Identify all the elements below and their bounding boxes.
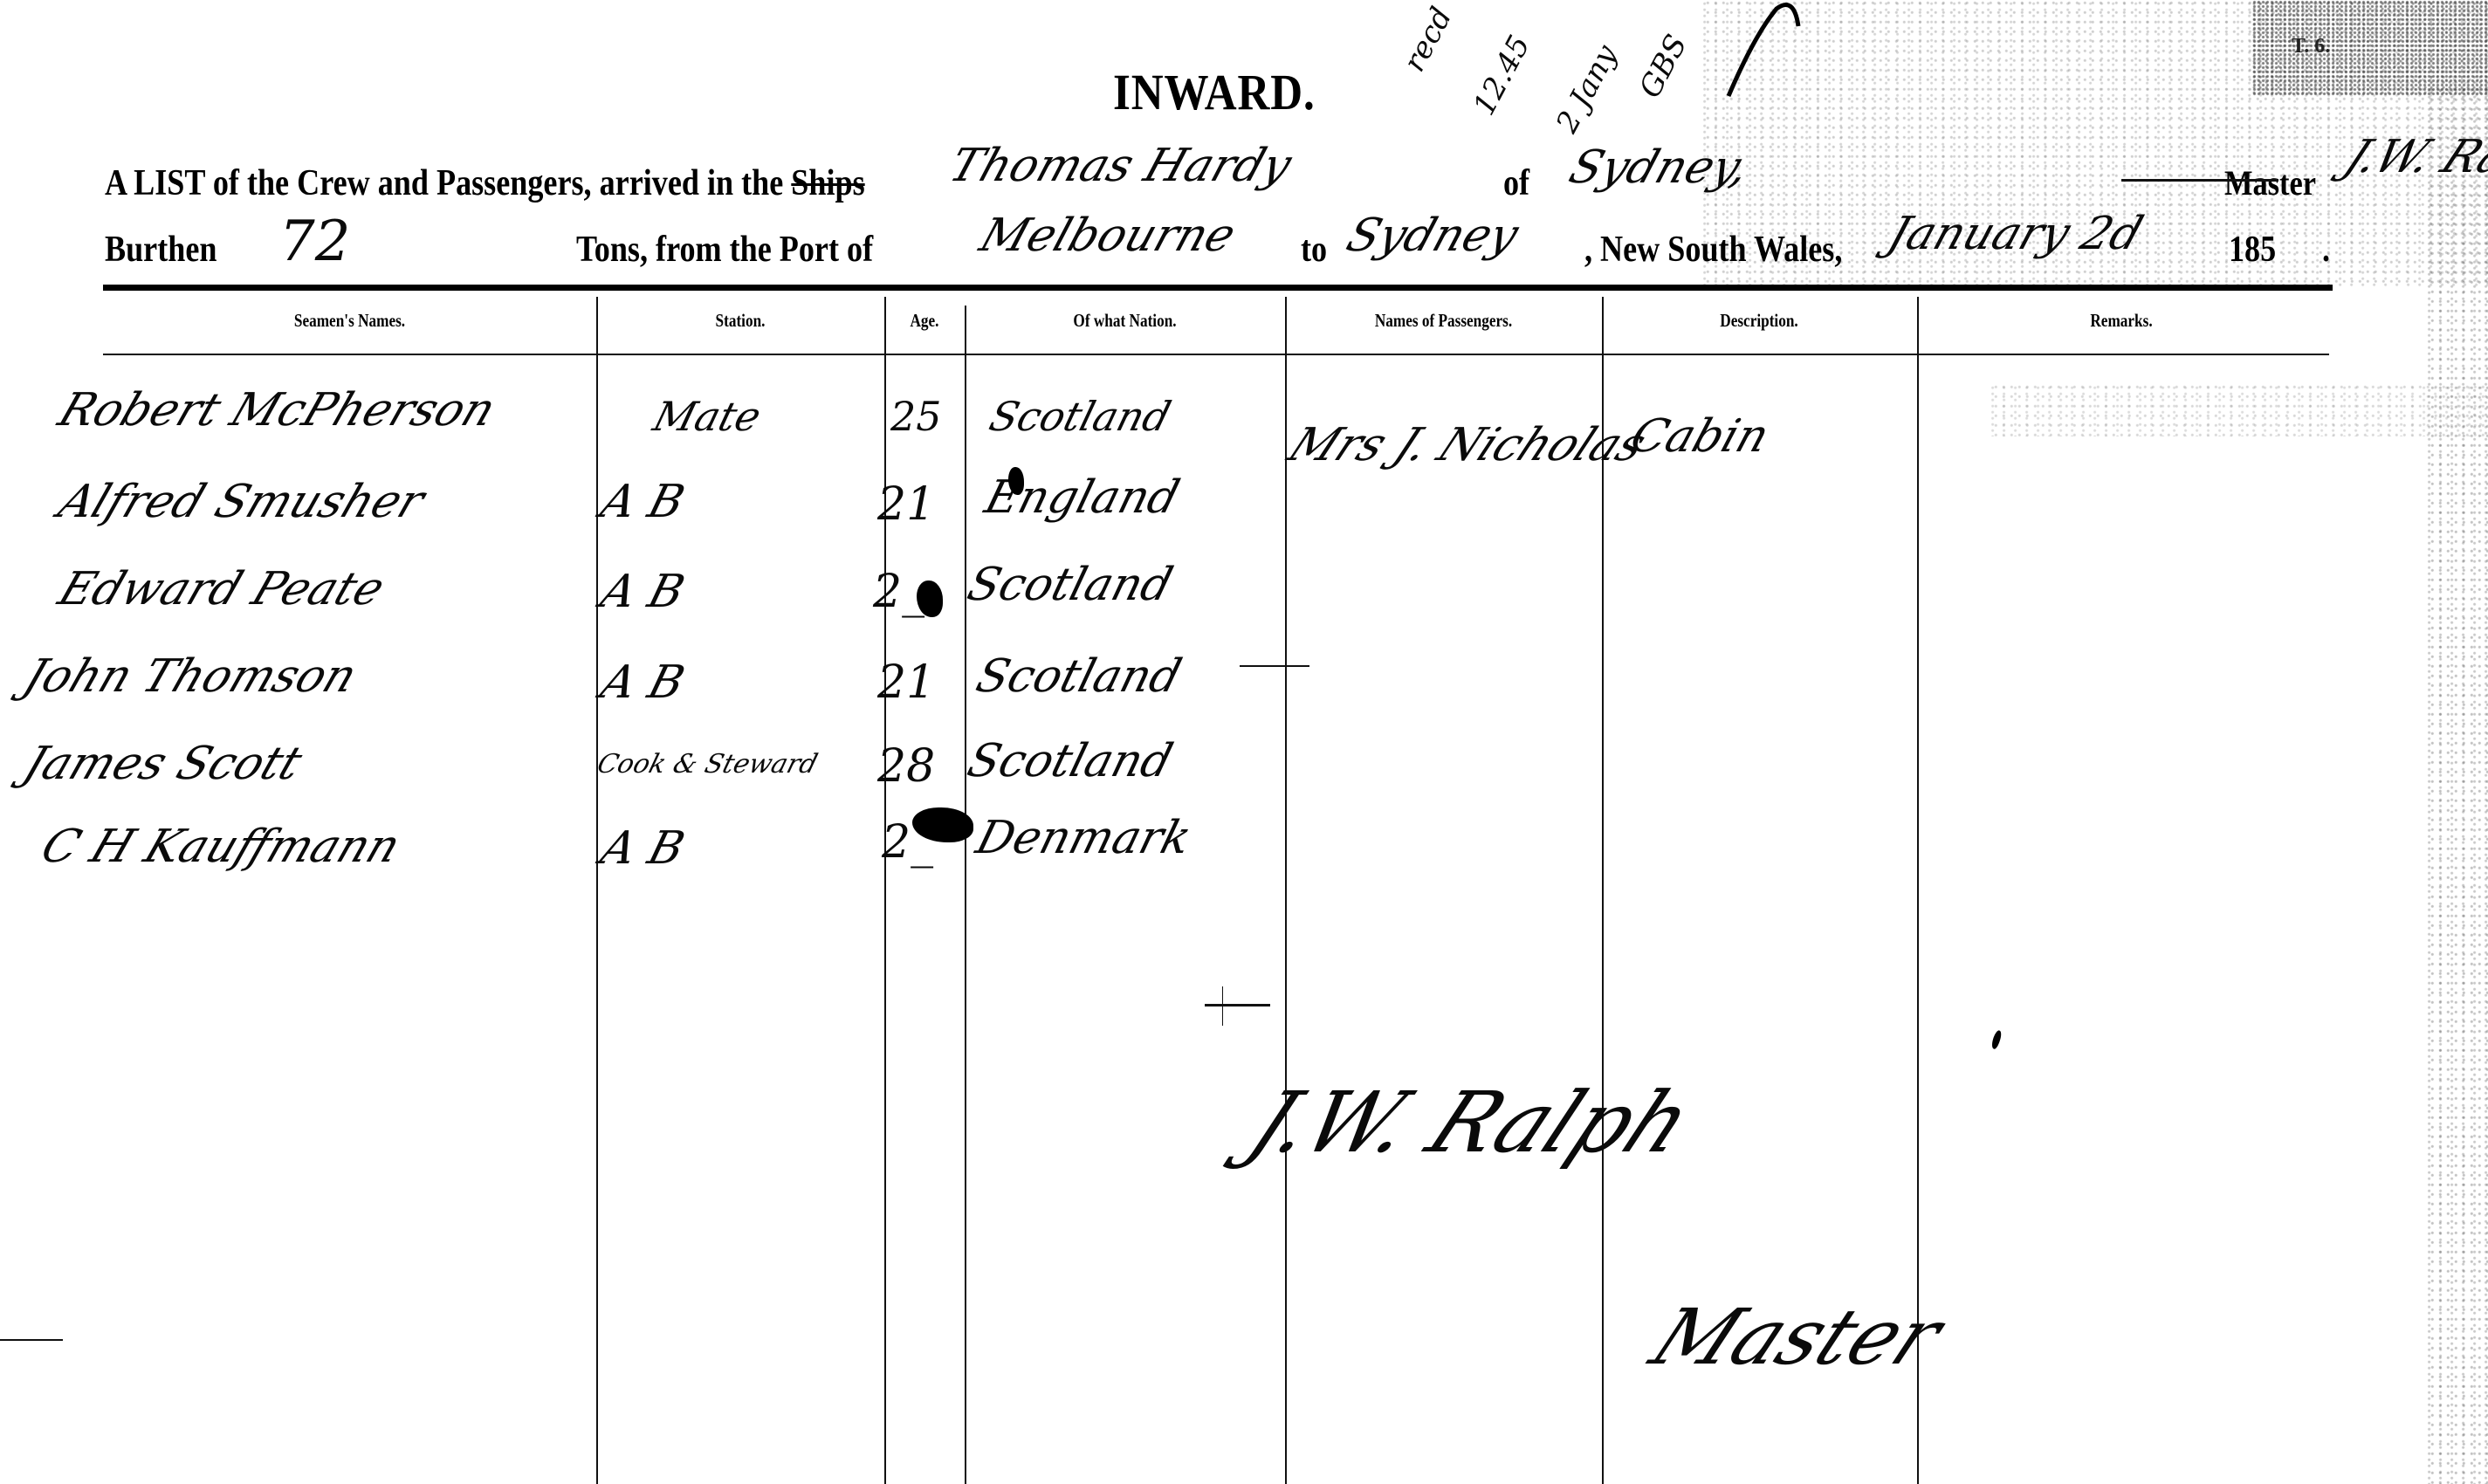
table-header-row: Seamen's Names. Station. Age. Of what Na… xyxy=(103,291,2329,354)
master-strike-line xyxy=(2121,179,2278,182)
col-header-nation: Of what Nation. xyxy=(993,310,1256,332)
crew-station: Cook & Steward xyxy=(594,749,821,780)
list-intro-text: A LIST of the Crew and Passengers, arriv… xyxy=(105,163,783,203)
crew-age: 21 xyxy=(877,478,935,531)
scan-noise-right-edge xyxy=(2427,87,2488,1484)
burthen-tons-field: 72 xyxy=(279,210,350,274)
header-rule xyxy=(103,285,2333,291)
scan-noise-band xyxy=(1990,384,2488,436)
margin-rule xyxy=(0,1339,63,1341)
crew-name: James Scott xyxy=(17,738,309,790)
passenger-name: Mrs J. Nicholas xyxy=(1280,419,1655,471)
from-port-field: Melbourne xyxy=(973,210,1241,262)
crew-name: Edward Peate xyxy=(52,563,391,615)
tons-from-port-label: Tons, from the Port of xyxy=(576,229,873,271)
crew-age: 28 xyxy=(877,740,935,793)
stray-ink-mark-vertical xyxy=(1222,986,1223,1026)
to-port-field: Sydney xyxy=(1340,210,1524,262)
burthen-label: Burthen xyxy=(105,229,216,271)
crew-station: A B xyxy=(595,566,690,618)
ink-spot xyxy=(1990,1029,2003,1049)
annotation-date: 2 Jany xyxy=(1550,39,1625,139)
annotation-flourish xyxy=(1711,0,1816,105)
stray-ink-mark xyxy=(1205,1004,1270,1007)
header-bottom-rule xyxy=(103,354,2329,355)
crew-station: A B xyxy=(595,656,690,709)
crew-age: 25 xyxy=(890,393,942,440)
master-title-handwritten: Master xyxy=(1638,1292,1956,1382)
crew-station: Mate xyxy=(649,393,766,440)
received-annotation: recd 12.45 2 Jany GBS xyxy=(1397,0,1763,148)
crew-age: 21 xyxy=(877,656,935,709)
crew-station: A B xyxy=(595,476,690,528)
crew-nation: Scotland xyxy=(971,650,1186,703)
crew-nation: Scotland xyxy=(962,735,1178,787)
crew-nation: Scotland xyxy=(962,559,1178,611)
ink-blot xyxy=(1008,467,1024,495)
crew-name: Robert McPherson xyxy=(52,384,503,436)
year-suffix: . xyxy=(2322,229,2330,271)
crew-name: John Thomson xyxy=(17,650,364,703)
master-signature: J.W. Ralph xyxy=(1234,1074,1708,1171)
col-header-seamen-names: Seamen's Names. xyxy=(148,310,552,332)
scan-noise-corner xyxy=(2252,0,2488,96)
master-name-top-field: J.W. Ralph xyxy=(2336,131,2488,183)
header-line-1: A LIST of the Crew and Passengers, arriv… xyxy=(105,162,865,204)
annotation-initials: GBS xyxy=(1632,29,1694,103)
crew-nation: Scotland xyxy=(985,393,1176,440)
struck-word-ships: Ships xyxy=(791,163,864,203)
form-number: T. 6. xyxy=(2292,35,2330,58)
of-label: of xyxy=(1503,162,1529,204)
ship-name-field: Thomas Hardy xyxy=(943,140,1297,192)
to-label: to xyxy=(1301,229,1327,271)
col-header-station: Station. xyxy=(622,310,859,332)
year-prefix: 185 xyxy=(2229,229,2276,271)
crew-station: A B xyxy=(595,822,690,875)
col-header-age: Age. xyxy=(891,310,957,332)
annotation-time: 12.45 xyxy=(1467,30,1537,121)
col-header-remarks: Remarks. xyxy=(1953,310,2289,332)
divider-passengers xyxy=(1285,297,1287,1484)
annotation-recd: recd xyxy=(1397,2,1460,78)
colony-label: , New South Wales, xyxy=(1584,229,1842,271)
port-of-registry-field: Sydney, xyxy=(1563,141,1756,194)
master-label: Master xyxy=(2224,162,2316,203)
nation-tail-line xyxy=(1240,665,1309,667)
crew-name: C H Kauffmann xyxy=(34,821,408,873)
divider-description xyxy=(1602,297,1604,1484)
passenger-description: Cabin xyxy=(1624,410,1776,463)
arrival-date-field: January 2d xyxy=(1881,208,2148,260)
crew-name: Alfred Smusher xyxy=(52,476,431,528)
col-header-passenger-names: Names of Passengers. xyxy=(1314,310,1574,332)
col-header-description: Description. xyxy=(1630,310,1887,332)
crew-nation: Denmark xyxy=(971,812,1197,864)
divider-nation xyxy=(965,306,966,1484)
page-title: INWARD. xyxy=(1113,63,1316,121)
divider-station xyxy=(596,297,598,1484)
divider-age xyxy=(884,297,886,1484)
